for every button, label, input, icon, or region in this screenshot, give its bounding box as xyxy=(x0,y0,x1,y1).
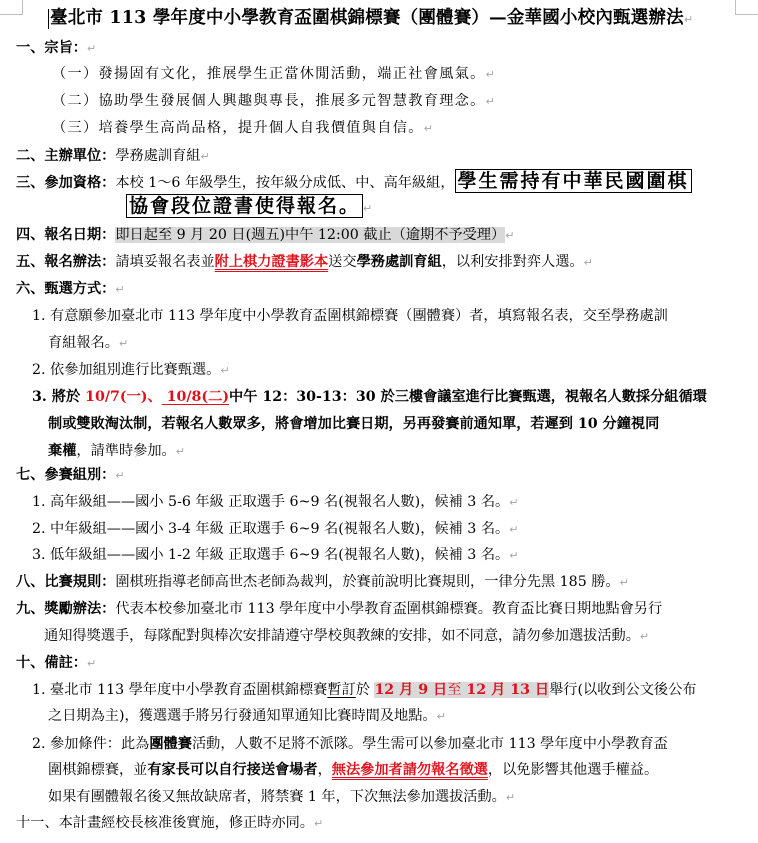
paragraph-mark-icon: ↵ xyxy=(437,710,446,723)
purpose-item-3: （三）培養學生高尚品格，提升個人自我價值與自信。↵ xyxy=(52,118,434,139)
section-eligibility: 三、參加資格：本校 1～6 年級學生，按年級分成低、中、高年級組，學生需持有中華… xyxy=(16,171,692,193)
section-awards-cont: 通知得獎選手，每隊配對與棒次安排請遵守學校與教練的安排，如不同意，請勿參加選拔活… xyxy=(44,626,649,647)
paragraph-mark-icon: ↵ xyxy=(314,817,323,830)
section-notes-heading: 十、備註：↵ xyxy=(16,653,96,674)
paragraph-mark-icon: ↵ xyxy=(505,229,514,242)
group-item-senior: 1. 高年級組——國小 5-6 年級 正取選手 6~9 名(視報名人數)，候補 … xyxy=(32,492,518,513)
selection-item-1: 1. 有意願參加臺北市 113 學年度中小學教育盃圍棋錦標賽（團體賽）者，填寫報… xyxy=(32,306,668,326)
section-rules: 八、比賽規則：圍棋班指導老師高世杰老師為裁判，於賽前說明比賽規則，一律分先黑 1… xyxy=(16,572,629,593)
paragraph-mark-icon: ↵ xyxy=(115,469,124,482)
paragraph-mark-icon: ↵ xyxy=(87,657,96,670)
paragraph-mark-icon: ↵ xyxy=(640,630,649,643)
paragraph-mark-icon: ↵ xyxy=(509,549,518,562)
highlighted-competition-dates: 12 月 9 日至 12 月 13 日 xyxy=(374,682,549,698)
paragraph-mark-icon: ↵ xyxy=(220,364,229,377)
section-groups-heading: 七、參賽組別：↵ xyxy=(16,465,125,486)
paragraph-mark-icon: ↵ xyxy=(486,95,497,108)
selection-item-3-cont: 制或雙敗淘汰制，若報名人數眾多，將會增加比賽日期，另再發賽前通知單，若遲到 10… xyxy=(48,414,659,434)
paragraph-mark-icon: ↵ xyxy=(620,576,629,589)
section-eligibility-cont: 協會段位證書使得報名。↵ xyxy=(126,196,372,219)
selection-item-3: 3. 將於 10/7(一)、 10/8(二)中午 12：30-13：30 於三樓… xyxy=(32,387,707,407)
selection-item-1-cont: 育組報名。↵ xyxy=(48,333,128,354)
notes-item-2: 2. 參加條件：此為團體賽活動，人數不足將不派隊。學生需可以參加臺北市 113 … xyxy=(32,734,668,754)
section-organizer: 二、主辦單位：學務處訓育組↵ xyxy=(16,146,210,167)
group-item-middle: 2. 中年級組——國小 3-4 年級 正取選手 6~9 名(視報名人數)，候補 … xyxy=(32,519,518,540)
highlighted-date-text: 即日起至 9 月 20 日(週五)中午 12:00 截止（逾期不予受理） xyxy=(115,227,505,243)
paragraph-mark-icon: ↵ xyxy=(509,496,518,509)
paragraph-mark-icon: ↵ xyxy=(684,13,693,26)
paragraph-mark-icon: ↵ xyxy=(424,122,435,135)
boxed-requirement-line2: 協會段位證書使得報名。 xyxy=(126,194,363,218)
paragraph-mark-icon: ↵ xyxy=(176,445,185,458)
purpose-item-2: （二）協助學生發展個人興趣與專長，推展多元智慧教育理念。↵ xyxy=(52,91,496,112)
section-awards: 九、獎勵辦法：代表本校參加臺北市 113 學年度中小學教育盃圍棋錦標賽。教育盃比… xyxy=(16,599,662,619)
paragraph-mark-icon: ↵ xyxy=(506,791,515,804)
section-approval: 十一、本計畫經校長核准後實施，修正時亦同。↵ xyxy=(16,813,323,834)
section-registration-date: 四、報名日期：即日起至 9 月 20 日(週五)中午 12:00 截止（逾期不予… xyxy=(16,225,514,246)
section-registration-method: 五、報名辦法：請填妥報名表並附上棋力證書影本送交學務處訓育組，以利安排對弈人選。… xyxy=(16,252,593,273)
notes-item-2-cont2: 如果有團體報名後又無故缺席者，將禁賽 1 年，下次無法參加選拔活動。↵ xyxy=(48,787,515,808)
document-title[interactable]: 臺北市 113 學年度中小學教育盃圍棋錦標賽（團體賽）—金華國小校內甄選辦法↵ xyxy=(48,8,693,30)
no-attend-warning: 無法參加者請勿報名徵選 xyxy=(332,762,488,778)
purpose-item-1: （一）發揚固有文化，推展學生正當休閒活動，端正社會風氣。↵ xyxy=(52,64,496,85)
paragraph-mark-icon: ↵ xyxy=(509,523,518,536)
notes-item-2-cont: 圍棋錦標賽，並有家長可以自行接送會場者，無法參加者請勿報名徵選，以免影響其他選手… xyxy=(48,760,658,780)
group-item-junior: 3. 低年級組——國小 1-2 年級 正取選手 6~9 名(視報名人數)，候補 … xyxy=(32,545,518,566)
paragraph-mark-icon: ↵ xyxy=(87,42,96,55)
paragraph-mark-icon: ↵ xyxy=(584,256,593,269)
paragraph-mark-icon: ↵ xyxy=(119,337,128,350)
paragraph-mark-icon: ↵ xyxy=(200,150,209,163)
selection-item-3-cont2: 棄權，請準時參加。↵ xyxy=(48,441,185,462)
paragraph-mark-icon: ↵ xyxy=(486,68,497,81)
boxed-requirement-line1: 學生需持有中華民國圍棋 xyxy=(455,169,692,193)
crop-mark-top-right xyxy=(735,0,758,15)
section-selection-method-heading: 六、甄選方式：↵ xyxy=(16,279,125,300)
section-heading-purpose: 一、宗旨：↵ xyxy=(16,38,96,59)
paragraph-mark-icon: ↵ xyxy=(363,202,372,215)
notes-item-1-cont: 之日期為主)，獲選選手將另行發通知單通知比賽時間及地點。↵ xyxy=(48,706,446,727)
text-cursor xyxy=(48,9,49,29)
certificate-copy-note: 附上棋力證書影本 xyxy=(215,254,329,270)
notes-item-1: 1. 臺北市 113 學年度中小學教育盃圍棋錦標賽暫訂於 12 月 9 日至 1… xyxy=(32,680,697,700)
crop-mark-top-left xyxy=(0,0,23,15)
selection-item-2: 2. 依參加組別進行比賽甄選。↵ xyxy=(32,360,230,381)
paragraph-mark-icon: ↵ xyxy=(115,283,124,296)
